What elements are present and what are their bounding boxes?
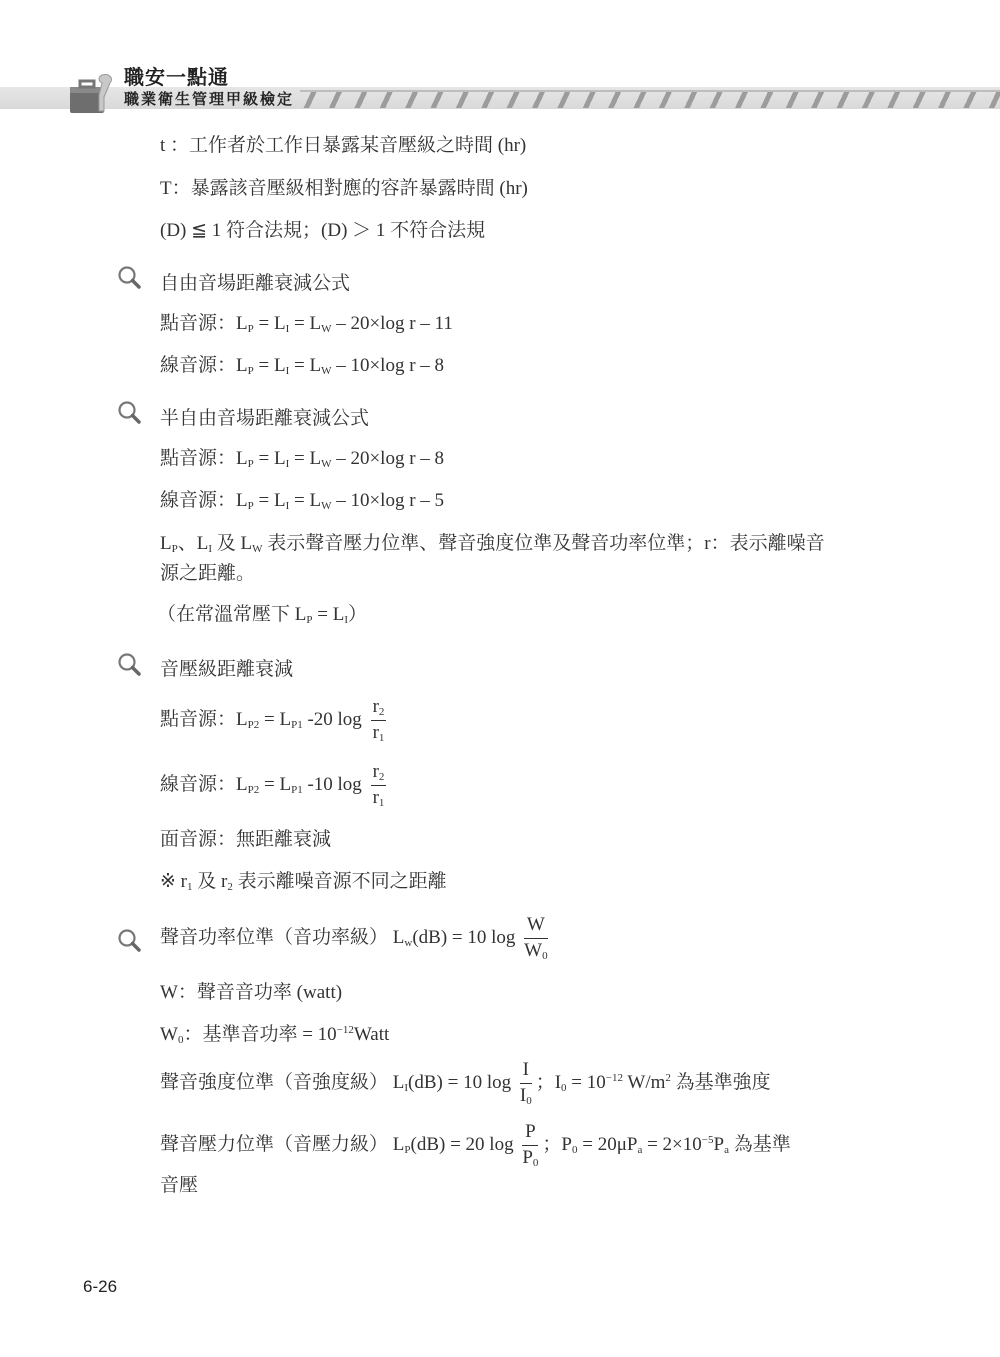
- formula-tail: – 10×log r – 5: [336, 490, 444, 511]
- formula-text: (dB) = 20 log: [411, 1134, 514, 1155]
- formula-label: 點音源：: [160, 313, 236, 334]
- book-subtitle: 職業衛生管理甲級檢定: [124, 88, 294, 109]
- note-text: 及 r: [197, 871, 227, 892]
- note-text: 表示聲音壓力位準、聲音強度位準及聲音功率位準；r：表示離噪音: [267, 533, 824, 554]
- reference-text: = 10: [571, 1072, 605, 1093]
- magnifier-icon: [117, 652, 143, 678]
- fraction: WW0: [524, 915, 547, 962]
- reference-text: ；I: [536, 1072, 561, 1093]
- w-definition: W：聲音音功率 (watt): [160, 977, 342, 1004]
- section-title: 半自由音場距離衰減公式: [160, 403, 369, 430]
- exponent: −12: [337, 1024, 354, 1036]
- formula-point-source: 點音源：LP2 = LP1 -20 log r2r1: [160, 697, 390, 744]
- formula-label: 線音源：: [160, 355, 236, 376]
- distance-note: ※ r1 及 r2 表示離噪音源不同之距離: [160, 866, 447, 893]
- formula-line-source: 線音源：LP2 = LP1 -10 log r2r1: [160, 762, 390, 809]
- definition-T: T：暴露該音壓級相對應的容許暴露時間 (hr): [160, 173, 528, 200]
- w0-definition: W0：基準音功率 = 10−12Watt: [160, 1019, 389, 1046]
- pressure-level-formula-cont: 音壓: [160, 1170, 198, 1197]
- section-title: 自由音場距離衰減公式: [160, 268, 350, 295]
- formula-coef: -20 log: [307, 709, 361, 730]
- surface-source-note: 面音源：無距離衰減: [160, 824, 331, 851]
- formula-title: 聲音壓力位準（音壓力級）: [160, 1134, 388, 1155]
- section-title: 音壓級距離衰減: [160, 654, 293, 681]
- symbol-note-cont: 源之距離。: [160, 558, 255, 585]
- note-text: 、: [178, 533, 197, 554]
- section-title-power-level: 聲音功率位準（音功率級） Lw(dB) = 10 log WW0: [160, 915, 552, 962]
- compliance-rule: (D) ≦ 1 符合法規；(D) ＞ 1 不符合法規: [160, 215, 485, 242]
- exponent: −5: [702, 1134, 714, 1146]
- reference-text: P: [714, 1134, 725, 1155]
- formula-point-source: 點音源：LP = LI = LW – 20×log r – 11: [160, 308, 453, 335]
- note-text: ）: [348, 604, 367, 625]
- definition-text: 工作者於工作日暴露某音壓級之時間 (hr): [189, 135, 526, 156]
- definition-text: ：基準音功率 = 10: [183, 1024, 336, 1045]
- formula-line-source: 線音源：LP = LI = LW – 10×log r – 8: [160, 350, 444, 377]
- reference-text: 為基準強度: [676, 1072, 771, 1093]
- formula-tail: – 10×log r – 8: [336, 355, 444, 376]
- definition-t: t ：工作者於工作日暴露某音壓級之時間 (hr): [160, 130, 526, 157]
- note-text: 表示離噪音源不同之距離: [238, 871, 447, 892]
- formula-title: 聲音強度位準（音強度級）: [160, 1072, 388, 1093]
- formula-line-source: 線音源：LP = LI = LW – 10×log r – 5: [160, 485, 444, 512]
- book-title: 職安一點通: [124, 61, 229, 90]
- reference-text: 為基準: [734, 1134, 791, 1155]
- magnifier-icon: [117, 400, 143, 426]
- unit: W/m: [627, 1072, 665, 1093]
- note-text: 及: [217, 533, 236, 554]
- note-text: （在常溫常壓下: [157, 604, 290, 625]
- formula-text: (dB) = 10 log: [408, 1072, 511, 1093]
- header-stripes: [300, 90, 1000, 108]
- unit: Watt: [354, 1024, 389, 1045]
- formula-coef: -10 log: [307, 774, 361, 795]
- magnifier-icon: [117, 265, 143, 291]
- section-title: 聲音功率位準（音功率級）: [160, 927, 388, 948]
- pressure-level-formula: 聲音壓力位準（音壓力級） LP(dB) = 20 log PP0；P0 = 20…: [160, 1122, 791, 1169]
- intensity-level-formula: 聲音強度位準（音強度級） LI(dB) = 10 log II0；I0 = 10…: [160, 1060, 771, 1107]
- fraction: PP0: [522, 1122, 538, 1169]
- page-number: 6-26: [83, 1277, 117, 1297]
- reference-text: = 20μP: [582, 1134, 637, 1155]
- formula-tail: – 20×log r – 11: [336, 313, 453, 334]
- exponent: −12: [606, 1072, 623, 1084]
- toolbox-icon: [68, 71, 116, 115]
- definition-label: T：: [160, 178, 191, 199]
- definition-text: 暴露該音壓級相對應的容許暴露時間 (hr): [191, 178, 528, 199]
- reference-text: = 2×10: [647, 1134, 702, 1155]
- book-header: 職安一點通 職業衛生管理甲級檢定: [0, 55, 1000, 115]
- formula-point-source: 點音源：LP = LI = LW – 20×log r – 8: [160, 443, 444, 470]
- definition-label: t ：: [160, 135, 189, 156]
- formula-label: 線音源：: [160, 490, 236, 511]
- formula-text: (dB) = 10 log: [412, 927, 515, 948]
- symbol-note: LP、LI 及 LW 表示聲音壓力位準、聲音強度位準及聲音功率位準；r：表示離噪…: [160, 528, 825, 555]
- reference-text: ；P: [542, 1134, 572, 1155]
- standard-condition-note: （在常溫常壓下 LP = LI）: [157, 599, 367, 626]
- formula-label: 點音源：: [160, 448, 236, 469]
- fraction: r2r1: [371, 697, 387, 744]
- formula-label: 點音源：: [160, 709, 236, 730]
- magnifier-icon: [117, 928, 143, 954]
- formula-label: 線音源：: [160, 774, 236, 795]
- formula-tail: – 20×log r – 8: [336, 448, 444, 469]
- fraction: r2r1: [371, 762, 387, 809]
- fraction: II0: [520, 1060, 532, 1107]
- note-text: ※ r: [160, 871, 187, 892]
